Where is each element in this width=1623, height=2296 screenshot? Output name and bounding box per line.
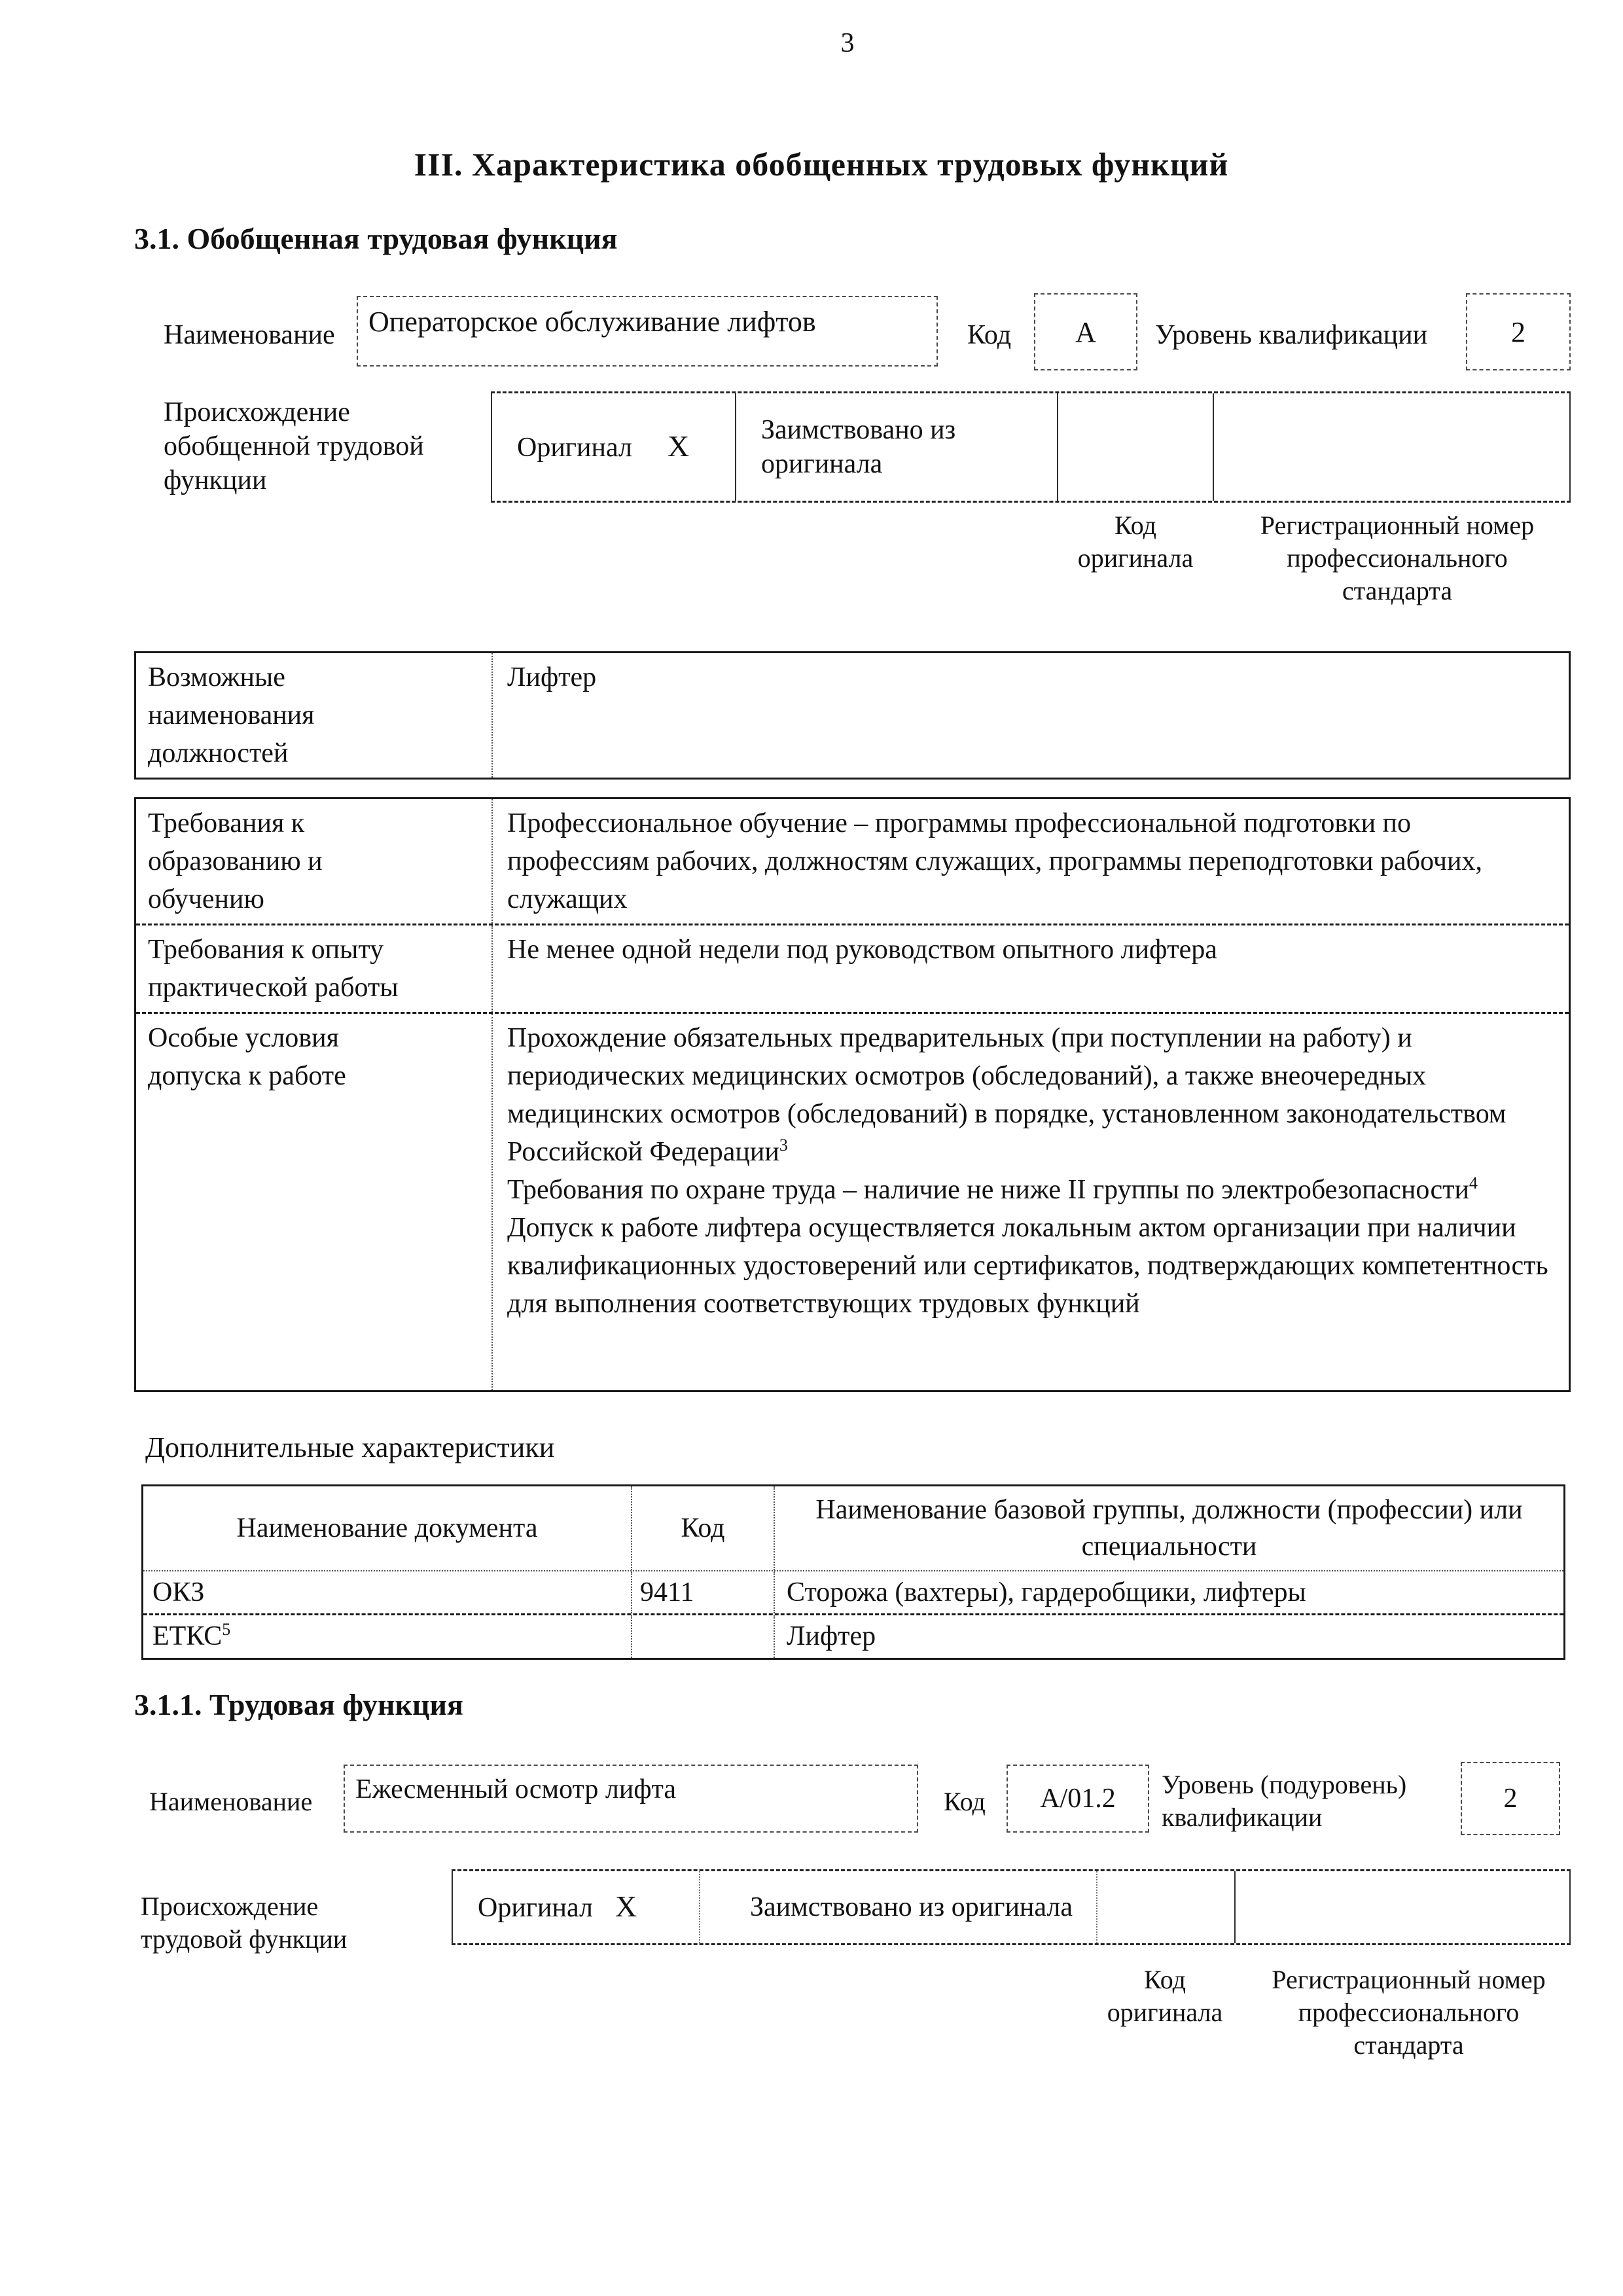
gtf-origin-original-cell: ОригиналX [492,393,736,501]
gtf-origin-code-caption: Код оригинала [1057,509,1214,575]
gtf-name-label: Наименование [164,318,335,352]
section-heading: III. Характеристика обобщенных трудовых … [0,145,1623,183]
tf-code-box: А/01.2 [1007,1765,1149,1833]
tf-origin-original-mark: X [615,1890,637,1924]
subsection-31-title: 3.1. Обобщенная трудовая функция [134,221,618,256]
special-conditions-p3: Допуск к работе лифтера осуществляется л… [507,1209,1556,1323]
gtf-code-label: Код [967,318,1011,352]
special-conditions-p2: Требования по охране труда – наличие не … [507,1175,1469,1205]
table-row: Особые условия допуска к работе Прохожде… [136,1012,1569,1390]
tf-code-label: Код [944,1785,986,1818]
tf-name-value: Ежесменный осмотр лифта [345,1766,917,1805]
gtf-origin-label: Происхождение обобщенной трудовой функци… [164,395,452,497]
tf-origin-original-label: Оригинал [478,1893,593,1923]
tf-code-value: А/01.2 [1040,1783,1116,1814]
documents-table-header: Наименование документа Код Наименование … [143,1486,1563,1571]
table-row: ОКЗ 9411 Сторожа (вахтеры), гардеробщики… [143,1571,1563,1613]
education-requirements-value: Профессиональное обучение – программы пр… [493,799,1569,924]
job-titles-table: Возможные наименования должностей Лифтер [134,651,1571,780]
gtf-name-value: Операторское обслуживание лифтов [358,297,936,338]
table-row: Требования к опыту практической работы Н… [136,924,1569,1012]
gtf-code-box: А [1034,293,1137,370]
special-conditions-label: Особые условия допуска к работе [136,1014,493,1390]
tf-level-label: Уровень (подуровень) квалификации [1162,1768,1443,1834]
tf-origin-box: ОригиналX Заимствовано из оригинала [452,1869,1571,1945]
tf-name-box: Ежесменный осмотр лифта [344,1765,918,1833]
etks-group: Лифтер [775,1615,1563,1658]
gtf-origin-original-label: Оригинал [517,433,632,463]
footnote-5-marker: 5 [222,1620,230,1639]
col-header-document: Наименование документа [143,1486,632,1570]
tf-origin-borrowed-label: Заимствовано из оригинала [700,1890,1079,1924]
gtf-origin-regnum-caption: Регистрационный номер профессионального … [1230,509,1564,607]
gtf-name-box: Операторское обслуживание лифтов [357,296,938,367]
gtf-origin-code-cell [1058,393,1214,501]
subsection-311-title: 3.1.1. Трудовая функция [134,1687,463,1722]
experience-requirements-value: Не менее одной недели под руководством о… [493,925,1569,1012]
tf-origin-borrowed-cell: Заимствовано из оригинала [700,1871,1097,1943]
documents-table: Наименование документа Код Наименование … [141,1484,1565,1660]
col-header-code: Код [632,1486,775,1570]
job-titles-value: Лифтер [493,653,1569,778]
additional-characteristics-title: Дополнительные характеристики [145,1431,554,1464]
gtf-origin-regnum-cell [1214,393,1569,501]
gtf-level-label: Уровень квалификации [1155,318,1427,352]
okz-code: 9411 [632,1571,775,1613]
table-row: Требования к образованию и обучению Проф… [136,799,1569,924]
tf-level-value: 2 [1504,1783,1518,1814]
gtf-origin-original-mark: X [668,429,689,463]
etks-doc-name: ЕТКС [152,1621,222,1651]
tf-origin-code-cell [1097,1871,1236,1943]
table-row: ЕТКС5 Лифтер [143,1613,1563,1658]
footnote-4-marker: 4 [1469,1174,1478,1193]
okz-doc-name: ОКЗ [143,1571,632,1613]
gtf-origin-box: ОригиналX Заимствовано из оригинала [491,391,1571,503]
gtf-origin-borrowed-label: Заимствовано из оригинала [736,413,1003,481]
job-titles-label: Возможные наименования должностей [136,653,493,778]
tf-origin-regnum-caption: Регистрационный номер профессионального … [1243,1964,1574,2062]
requirements-table: Требования к образованию и обучению Проф… [134,797,1571,1392]
special-conditions-p1: Прохождение обязательных предварительных… [507,1023,1506,1167]
tf-origin-label: Происхождение трудовой функции [141,1890,389,1956]
gtf-code-value: А [1075,315,1096,349]
special-conditions-value: Прохождение обязательных предварительных… [493,1014,1569,1390]
etks-code [632,1615,775,1658]
page-number: 3 [0,27,1623,59]
gtf-origin-borrowed-cell: Заимствовано из оригинала [736,393,1058,501]
tf-origin-regnum-cell [1236,1871,1569,1943]
footnote-3-marker: 3 [779,1136,788,1155]
tf-name-label: Наименование [149,1785,312,1818]
document-page: 3 III. Характеристика обобщенных трудовы… [0,0,1623,2296]
experience-requirements-label: Требования к опыту практической работы [136,925,493,1012]
education-requirements-label: Требования к образованию и обучению [136,799,493,924]
okz-group: Сторожа (вахтеры), гардеробщики, лифтеры [775,1571,1563,1613]
gtf-level-box: 2 [1466,293,1571,370]
tf-origin-original-cell: ОригиналX [453,1871,700,1943]
table-row: Возможные наименования должностей Лифтер [136,653,1569,778]
tf-level-box: 2 [1461,1762,1560,1835]
col-header-group: Наименование базовой группы, должности (… [775,1486,1563,1570]
gtf-level-value: 2 [1511,315,1525,349]
tf-origin-code-caption: Код оригинала [1086,1964,1243,2029]
